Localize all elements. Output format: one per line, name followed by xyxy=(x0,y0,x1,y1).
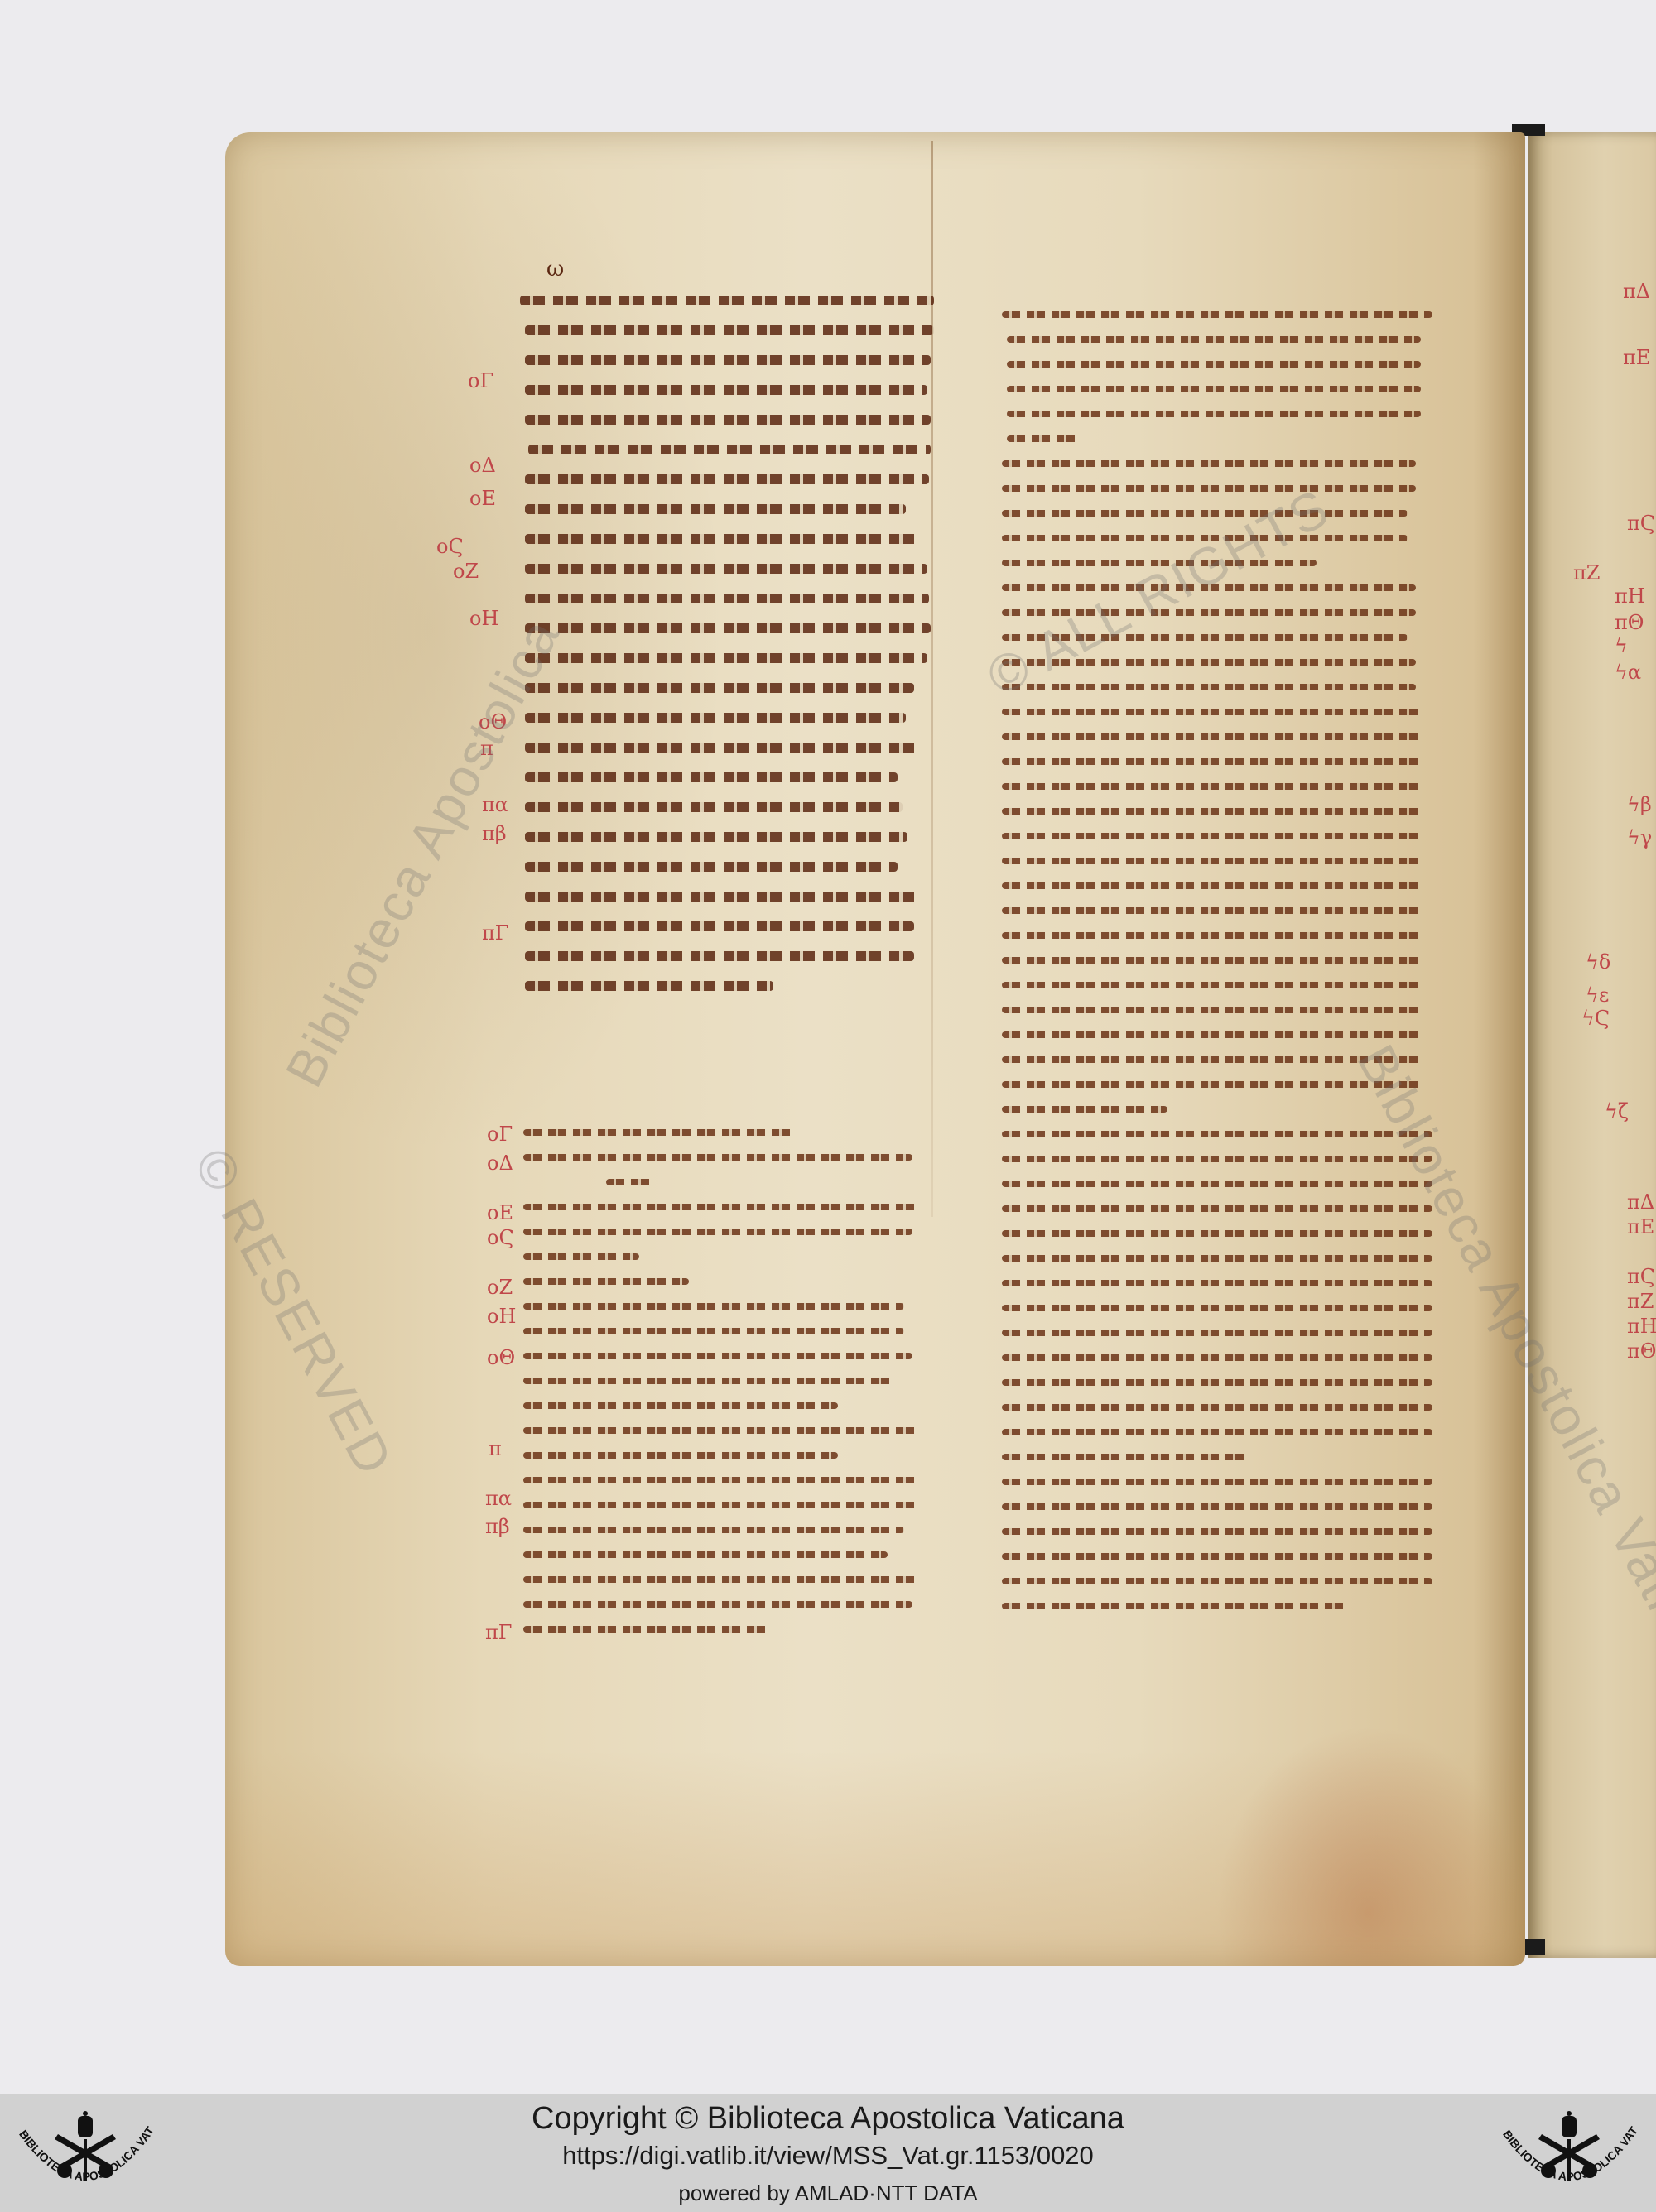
marginal-numeral: οΕ xyxy=(487,1203,513,1223)
marginal-numeral: ϟβ xyxy=(1627,795,1652,815)
copyright-footer: BIBLIOTECA APOSTOLICA VATICANA Copyright… xyxy=(0,2094,1656,2212)
section-mark-icon: ω xyxy=(546,257,564,281)
marginal-numeral: πΖ xyxy=(1573,563,1600,583)
marginal-numeral: πΕ xyxy=(1627,1217,1654,1237)
marginal-numeral: ϟδ xyxy=(1586,952,1610,972)
image-viewer: ω οΓ οΔ οΕ οϚ οΖ οΗ οΘ π πα πβ πΓ οΓ οΔ … xyxy=(0,0,1656,2094)
marginal-numeral: πΘ xyxy=(1615,613,1644,632)
marginal-numeral: πΓ xyxy=(482,923,508,943)
marginal-numeral: οΘ xyxy=(487,1348,515,1368)
marginal-numeral: πϚ xyxy=(1627,513,1655,533)
marginal-numeral: πΔ xyxy=(1627,1192,1654,1212)
source-url[interactable]: https://digi.vatlib.it/view/MSS_Vat.gr.1… xyxy=(0,2141,1656,2171)
marginal-numeral: πΓ xyxy=(485,1623,512,1642)
marginal-numeral: οϚ xyxy=(436,536,464,556)
powered-by-text: powered by AMLAD·NTT DATA xyxy=(0,2181,1656,2206)
marginal-numeral: οΕ xyxy=(469,488,496,508)
marginal-numeral: πΘ xyxy=(1627,1341,1656,1361)
marginal-numeral: οΓ xyxy=(487,1124,513,1144)
marginal-numeral: οΗ xyxy=(469,608,498,628)
marginal-numeral: οΔ xyxy=(469,455,496,475)
marginal-numeral: οϚ xyxy=(487,1228,514,1248)
marginal-numeral: οΗ xyxy=(487,1306,516,1326)
marginal-numeral: ϟζ xyxy=(1605,1101,1629,1121)
marginal-numeral: ϟε xyxy=(1586,985,1609,1005)
marginal-numeral: ϟϚ xyxy=(1581,1008,1610,1028)
marginal-numeral: πβ xyxy=(482,824,507,844)
marginal-numeral: πϚ xyxy=(1627,1267,1655,1286)
marginal-numeral: οΖ xyxy=(487,1277,513,1297)
marginal-numeral: ϟγ xyxy=(1627,828,1652,848)
marginal-numeral: πβ xyxy=(485,1517,510,1536)
marginal-numeral: πΕ xyxy=(1623,348,1650,368)
marginal-numeral: πΖ xyxy=(1627,1291,1654,1311)
marginal-numeral: πΔ xyxy=(1623,281,1650,301)
marginal-numeral: ϟα xyxy=(1615,662,1641,682)
marginal-numeral: πΗ xyxy=(1615,586,1645,606)
copyright-text: Copyright © Biblioteca Apostolica Vatica… xyxy=(0,2101,1656,2137)
next-folio-edge xyxy=(1528,132,1656,1958)
marginal-numeral: ϟ xyxy=(1615,636,1628,656)
marginal-numeral: π xyxy=(489,1439,502,1459)
marginal-numeral: οΓ xyxy=(468,371,493,391)
marginal-numeral: οΔ xyxy=(487,1153,513,1173)
marginal-numeral: πΗ xyxy=(1627,1316,1656,1336)
marginal-numeral: οΖ xyxy=(453,561,479,581)
left-column-upper xyxy=(520,286,951,1001)
left-column-lower xyxy=(523,1118,954,1639)
vatican-library-logo-icon: BIBLIOTECA APOSTOLICA VATICANA xyxy=(1490,2106,1648,2205)
marginal-numeral: πα xyxy=(485,1488,512,1508)
right-column xyxy=(1002,300,1449,1616)
